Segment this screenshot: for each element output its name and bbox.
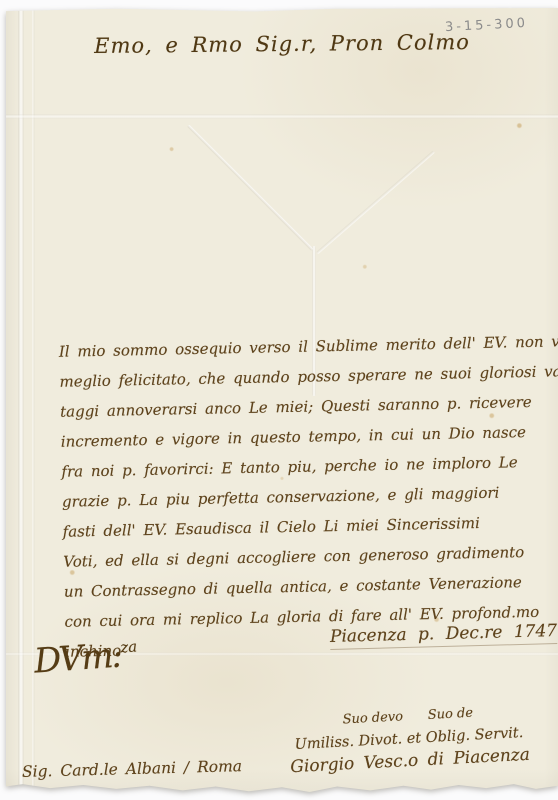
closing-abbreviation-main: DVm: xyxy=(33,636,123,682)
paper-shadow-wrap: 3-15-300 Emo, e Rmo Sig.r, Pron Colmo Il… xyxy=(0,0,558,800)
left-fold-crease xyxy=(18,8,24,792)
addressee-note: Sig. Card.le Albani / Roma xyxy=(22,757,242,781)
letter-body: Il mio sommo ossequio verso il Sublime m… xyxy=(31,327,550,668)
manuscript-scan: 3-15-300 Emo, e Rmo Sig.r, Pron Colmo Il… xyxy=(0,0,558,800)
signature-block: Suo devo Suo de Umiliss. Divot. et Oblig… xyxy=(272,699,545,779)
right-diagonal-crease xyxy=(316,150,435,254)
closing-abbreviation: DVm:za xyxy=(33,634,139,681)
salutation: Emo, e Rmo Sig.r, Pron Colmo xyxy=(6,29,558,59)
letter-paper: 3-15-300 Emo, e Rmo Sig.r, Pron Colmo Il… xyxy=(6,8,558,792)
left-diagonal-crease xyxy=(187,124,314,251)
upper-horizontal-fold xyxy=(6,114,558,119)
closing-abbreviation-superscript: za xyxy=(120,637,138,656)
